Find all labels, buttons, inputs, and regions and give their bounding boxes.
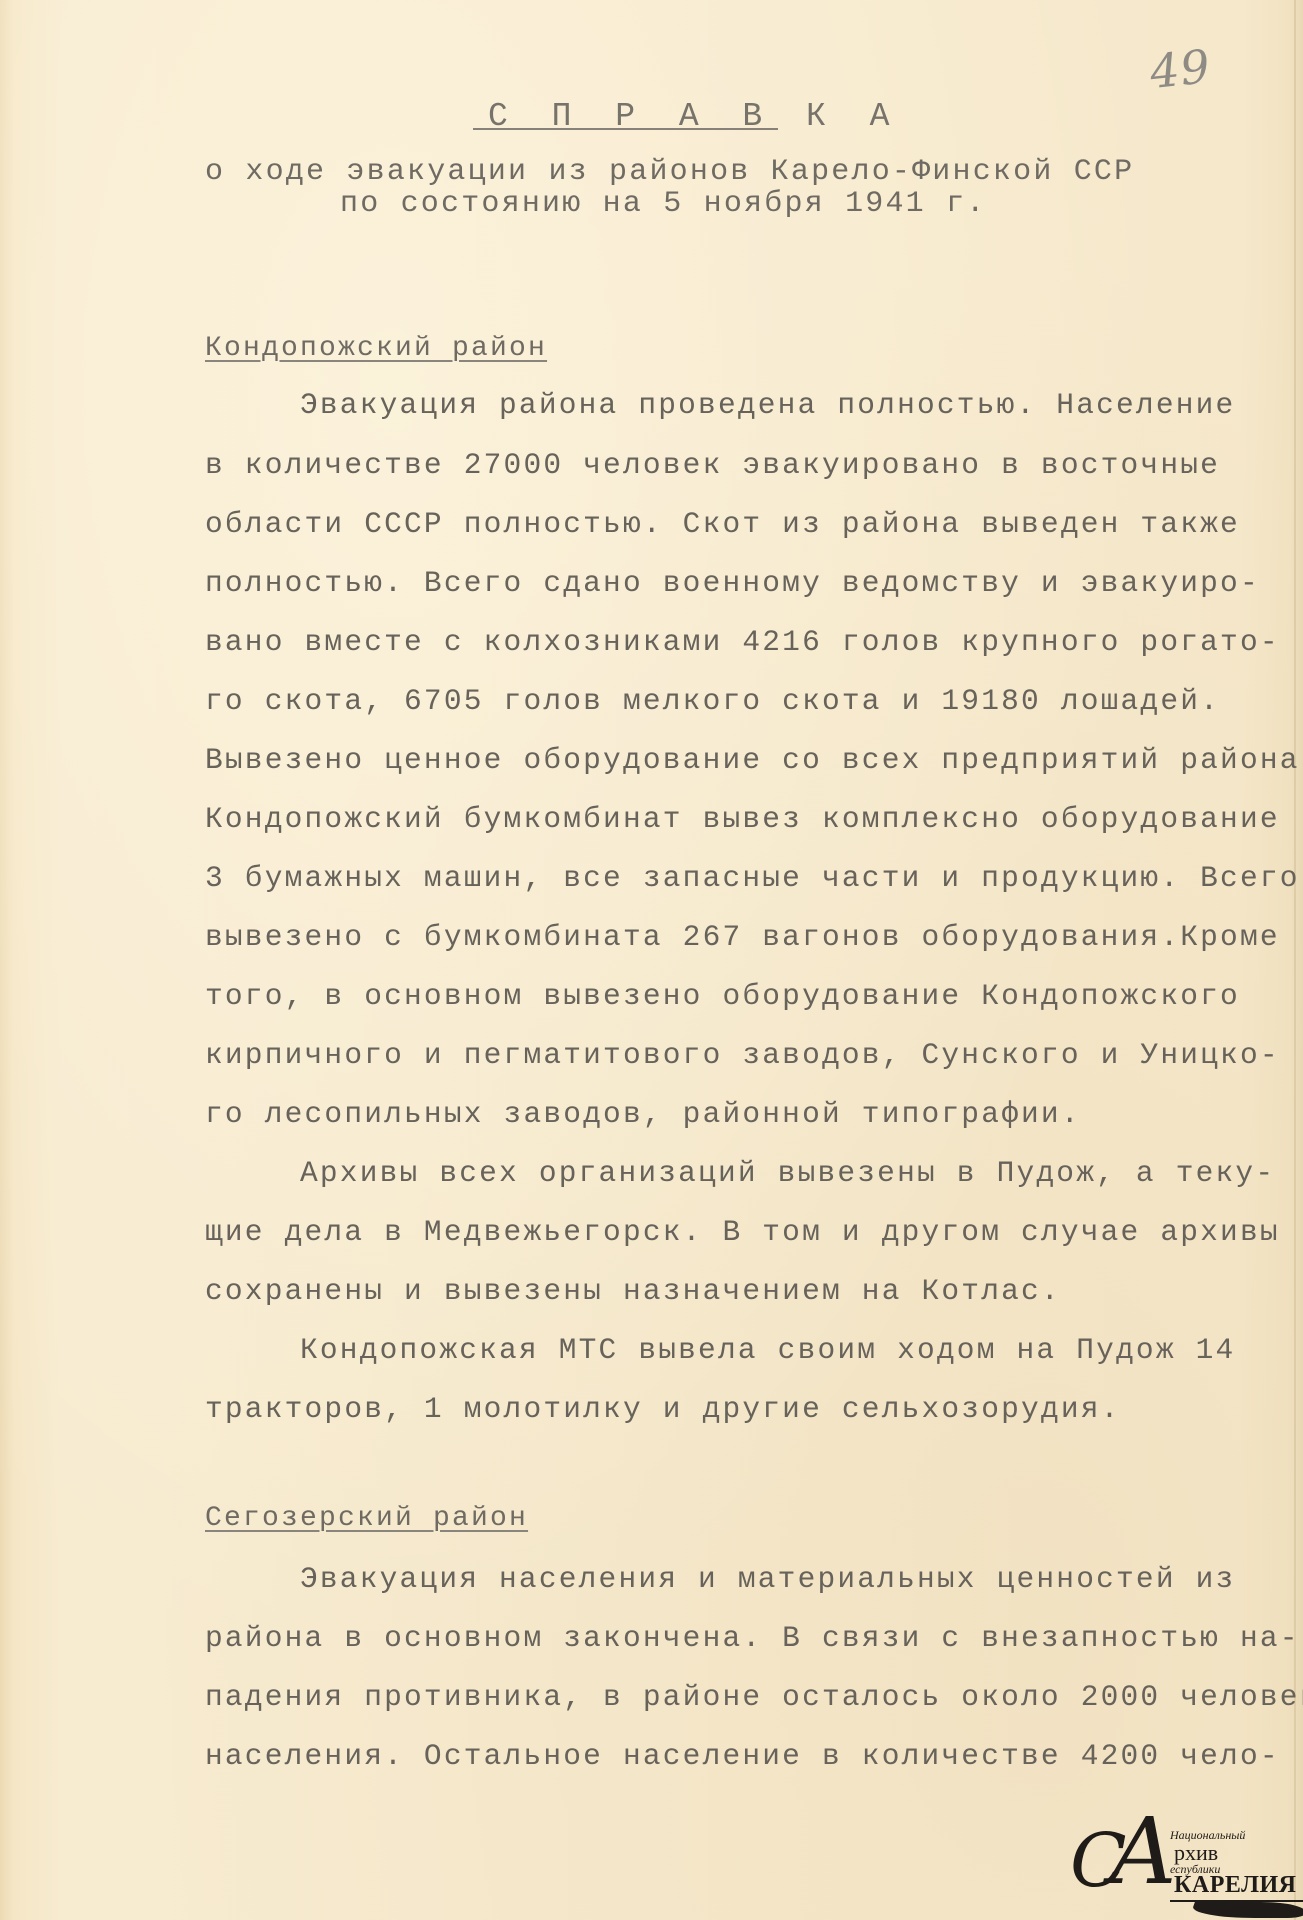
text-line: кирпичного и пегматитового заводов, Сунс…: [205, 1038, 1280, 1072]
subtitle-line-2: по состоянию на 5 ноября 1941 г.: [205, 188, 1134, 220]
text-line: 3 бумажных машин, все запасные части и п…: [205, 861, 1300, 895]
logo-monogram-a: A: [1110, 1798, 1176, 1905]
document-subtitle: о ходе эвакуации из районов Карело-Финск…: [205, 156, 1134, 220]
text-line: района в основном закончена. В связи с в…: [205, 1621, 1300, 1655]
text-line: го лесопильных заводов, районной типогра…: [205, 1097, 1081, 1131]
text-line: в количестве 27000 человек эвакуировано …: [205, 448, 1220, 482]
text-line: вано вместе с колхозниками 4216 голов кр…: [205, 625, 1280, 659]
folio-number: 49: [1147, 39, 1213, 99]
text-line: Эвакуация населения и материальных ценно…: [300, 1562, 1235, 1596]
text-line: Кондопожская МТС вывела своим ходом на П…: [300, 1333, 1235, 1367]
logo-text-karelia: КАРЕЛИЯ: [1174, 1872, 1296, 1899]
title-underline: [473, 128, 778, 130]
section-heading-segozero: Сегозерский район: [205, 1503, 528, 1534]
text-line: вывезено с бумкомбината 267 вагонов обор…: [205, 920, 1280, 954]
text-line: го скота, 6705 голов мелкого скота и 191…: [205, 684, 1220, 718]
text-line: падения противника, в районе осталось ок…: [205, 1680, 1303, 1714]
text-line: Кондопожский бумкомбинат вывез комплексн…: [205, 802, 1280, 836]
archive-logo: C A Национальный рхив еспублики КАРЕЛИЯ: [1070, 1822, 1295, 1918]
text-line: щие дела в Медвежьегорск. В том и другом…: [205, 1215, 1280, 1249]
text-line: Архивы всех организаций вывезены в Пудож…: [300, 1156, 1275, 1190]
feather-quill-icon: [1189, 1902, 1303, 1918]
text-line: населения. Остальное население в количес…: [205, 1739, 1280, 1773]
text-line: тракторов, 1 молотилку и другие сельхозо…: [205, 1392, 1121, 1426]
archival-document-page: 49 С П Р А В К А о ходе эвакуации из рай…: [0, 0, 1303, 1920]
text-line: полностью. Всего сдано военному ведомств…: [205, 566, 1260, 600]
text-line: того, в основном вывезено оборудование К…: [205, 979, 1240, 1013]
text-line: Вывезено ценное оборудование со всех пре…: [205, 743, 1303, 777]
text-line: Эвакуация района проведена полностью. На…: [300, 388, 1235, 422]
text-line: сохранены и вывезены назначением на Котл…: [205, 1274, 1061, 1308]
section-heading-kondopoga: Кондопожский район: [205, 333, 547, 364]
subtitle-line-1: о ходе эвакуации из районов Карело-Финск…: [205, 155, 1134, 189]
text-line: области СССР полностью. Скот из района в…: [205, 507, 1240, 541]
